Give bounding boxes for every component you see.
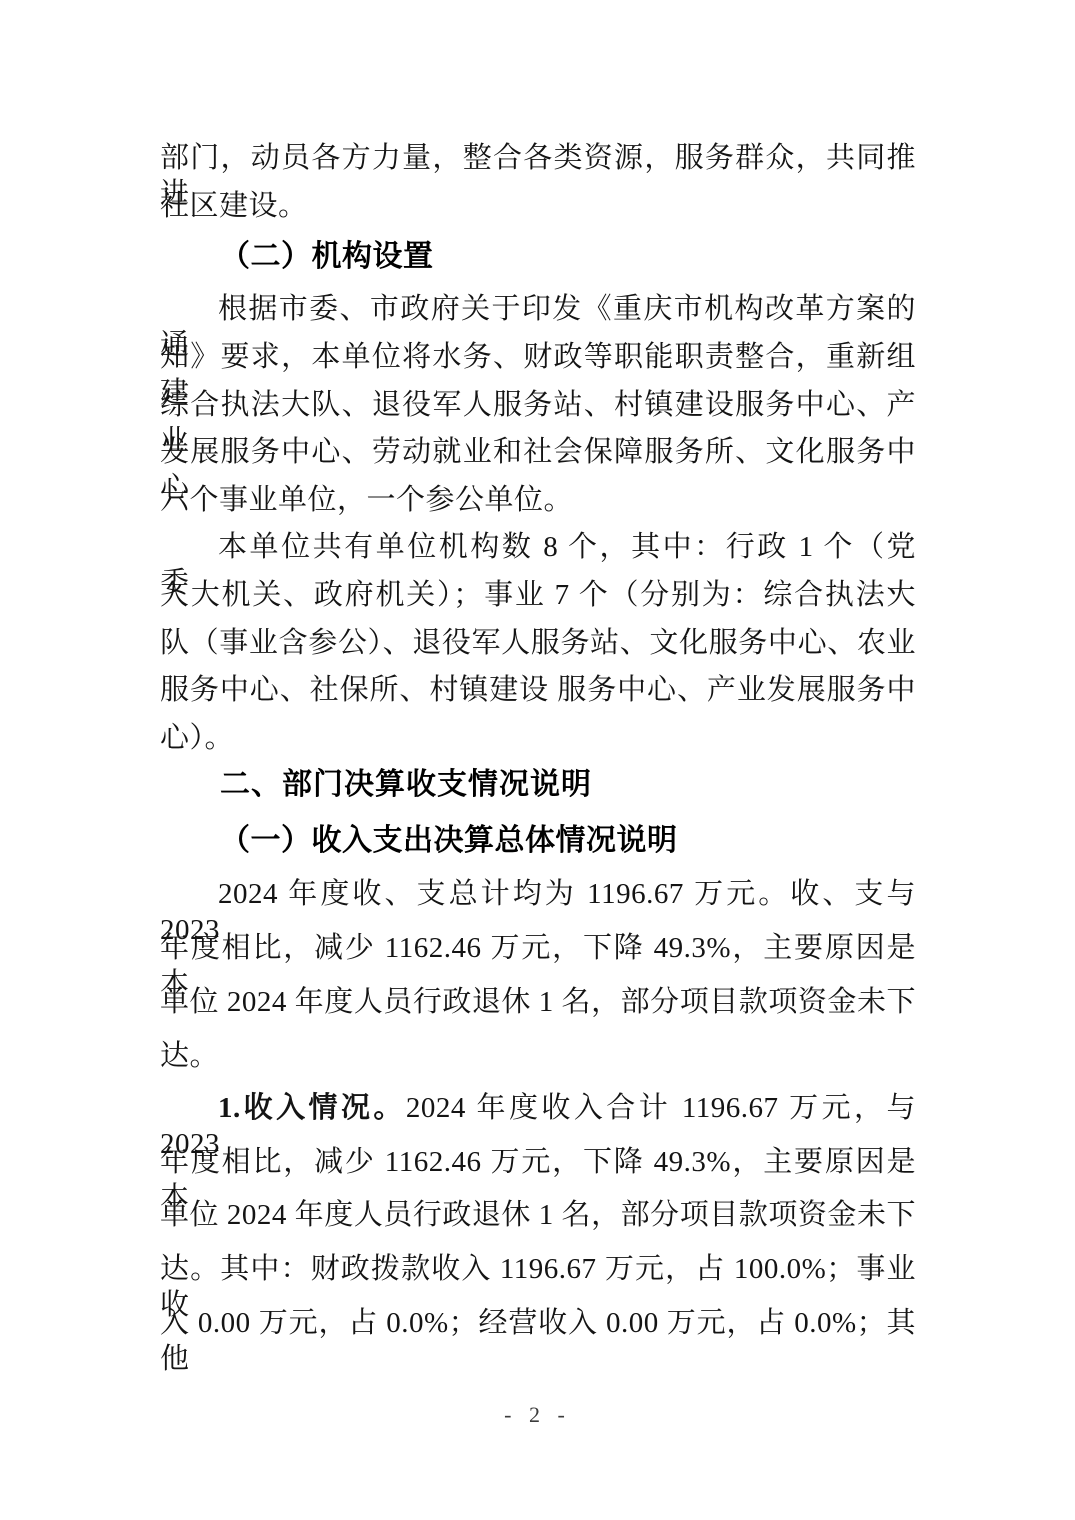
paragraph-line: 达。 — [160, 1038, 916, 1074]
page-number: - 2 - — [0, 1402, 1075, 1428]
paragraph-line: 六个事业单位，一个参公单位。 — [160, 482, 916, 518]
paragraph-line: 人大机关、政府机关）；事业 7 个（分别为：综合执法大 — [160, 577, 916, 613]
paragraph-lead-bold: 1.收入情况。 — [218, 1092, 406, 1124]
paragraph-line: 单位 2024 年度人员行政退休 1 名，部分项目款项资金未下 — [160, 1197, 916, 1233]
paragraph-line: 心）。 — [160, 720, 916, 756]
paragraph-line: 社区建设。 — [160, 188, 916, 224]
heading-income-expense-overview: （一）收入支出决算总体情况说明 — [160, 822, 916, 860]
paragraph-line: 服务中心、社保所、村镇建设 服务中心、产业发展服务中 — [160, 672, 916, 708]
heading-org-setup: （二）机构设置 — [160, 238, 916, 276]
document-page: 部门，动员各方力量，整合各类资源，服务群众，共同推进社区建设。（二）机构设置根据… — [0, 0, 1075, 1520]
paragraph-line: 队（事业含参公）、退役军人服务站、文化服务中心、农业 — [160, 625, 916, 661]
paragraph-line: 入 0.00 万元，占 0.0%；经营收入 0.00 万元，占 0.0%；其他 — [160, 1305, 916, 1378]
paragraph-line: 单位 2024 年度人员行政退休 1 名，部分项目款项资金未下 — [160, 984, 916, 1020]
heading-budget-section: 二、部门决算收支情况说明 — [160, 766, 916, 804]
